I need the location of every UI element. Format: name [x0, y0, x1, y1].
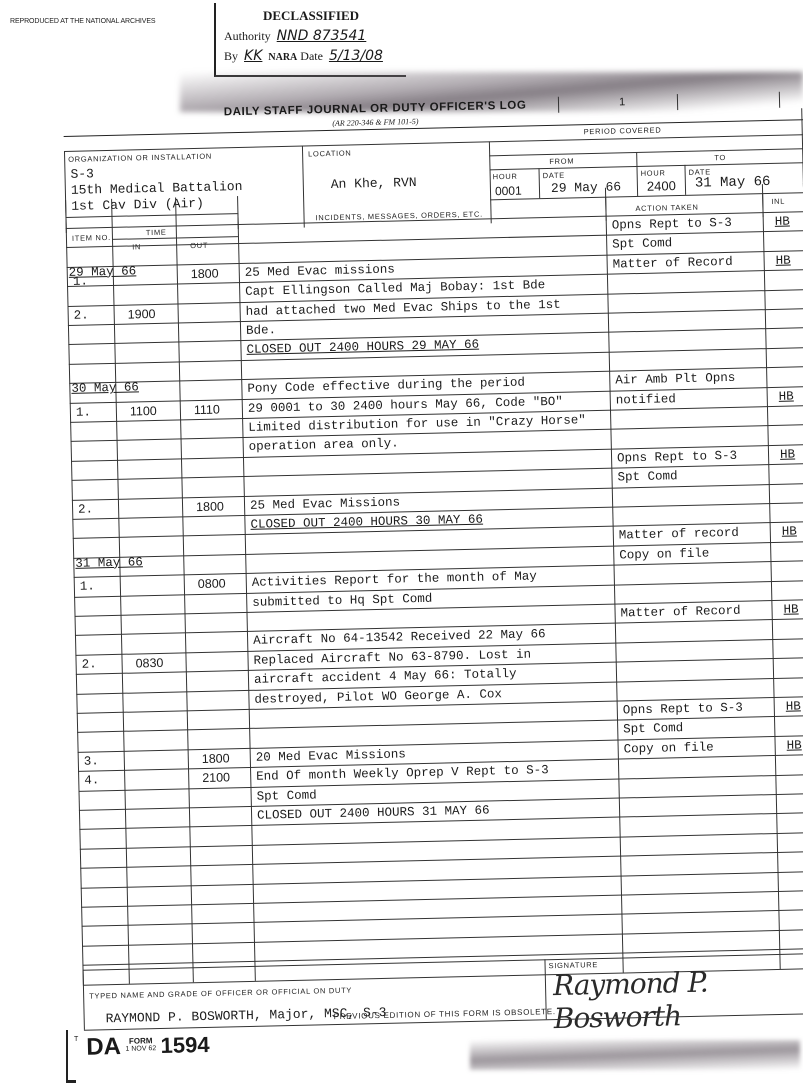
org-line-3: 1st Cav Div (Air): [71, 196, 204, 214]
entry-item: 3.: [84, 754, 99, 768]
from-date: 29 May 66: [551, 179, 622, 196]
org-line-2: 15th Medical Battalion: [71, 179, 243, 198]
authority-value: NND 873541: [277, 28, 367, 44]
entry-date: 30 May 66: [71, 381, 139, 397]
margin-mark: T: [74, 1036, 78, 1043]
form-da: DA: [86, 1033, 121, 1061]
entry-inl: HB: [782, 525, 797, 539]
entry-item: 2.: [74, 308, 89, 322]
org-line-1: S-3: [70, 166, 94, 182]
duty-officer-log-form: 1 DAILY STAFF JOURNAL OR DUTY OFFICER'S …: [63, 91, 803, 1038]
form-date: 1 NOV 62: [125, 1045, 156, 1054]
from-date-label: DATE: [543, 171, 565, 181]
entry-action: Matter of Record: [613, 255, 733, 272]
entry-in: 0830: [135, 656, 163, 671]
page-number: 1: [619, 96, 625, 108]
entry-inl: HB: [775, 253, 790, 267]
date-value: 5/13/08: [329, 48, 383, 64]
entry-text: submitted to Hq Spt Comd: [252, 591, 432, 609]
to-label: TO: [714, 153, 726, 162]
declass-title: DECLASSIFIED: [216, 8, 406, 24]
entry-text: operation area only.: [249, 437, 399, 454]
from-hour-label: HOUR: [493, 172, 518, 182]
entry-action: Copy on file: [624, 740, 714, 756]
entry-item: 2.: [81, 657, 96, 671]
entry-text: 20 Med Evac Missions: [256, 747, 406, 764]
typed-name-label: TYPED NAME AND GRADE OF OFFICER OR OFFIC…: [89, 986, 352, 1001]
entry-date: 31 May 66: [75, 555, 143, 571]
declassification-stamp: DECLASSIFIED Authority NND 873541 By KK …: [214, 3, 406, 77]
by-value: KK: [244, 48, 262, 64]
entry-inl: HB: [783, 602, 798, 616]
to-hour: 2400: [647, 178, 676, 194]
entry-out: 0800: [198, 577, 226, 592]
nara-label: NARA: [268, 52, 297, 63]
officer-signature: Raymond P. Bosworth: [553, 963, 803, 1035]
scan-shadow-bottom: [470, 1040, 800, 1070]
entry-action: Spt Comd: [623, 721, 683, 736]
log-grid: Opns Rept to S-3HBSpt Comd29 May 661.180…: [66, 211, 803, 984]
entry-inl: HB: [786, 738, 801, 752]
by-label: By: [224, 49, 238, 63]
form-number-block: DA FORM 1 NOV 62 1594: [86, 1031, 210, 1062]
entry-action: Opns Rept to S-3: [617, 449, 737, 466]
entry-action: Matter of Record: [620, 604, 740, 621]
entry-inl: HB: [779, 389, 794, 403]
entry-action: Spt Comd: [612, 237, 672, 252]
entry-out: 1800: [196, 499, 224, 514]
entry-item: 2.: [78, 502, 93, 516]
entry-item: 4.: [84, 774, 99, 788]
entry-out: 1110: [194, 402, 220, 417]
entry-inl: HB: [780, 447, 795, 461]
entry-out: 1800: [202, 751, 230, 766]
entry-in: 1100: [130, 404, 157, 419]
action-taken-label: ACTION TAKEN: [635, 203, 698, 213]
entry-action: Copy on file: [619, 546, 709, 562]
to-hour-label: HOUR: [641, 168, 666, 178]
entry-action: Matter of record: [619, 526, 739, 543]
period-covered-label: PERIOD COVERED: [584, 125, 662, 136]
to-date: 31 May 66: [695, 174, 771, 192]
declass-by: By KK NARA Date 5/13/08: [224, 48, 406, 64]
date-label: Date: [300, 49, 323, 63]
entry-out: 1800: [191, 266, 219, 281]
entry-item: 1.: [76, 405, 91, 419]
inl-label: INL: [771, 197, 785, 206]
entry-text: 25 Med Evac missions: [245, 262, 395, 279]
form-number: 1594: [160, 1032, 210, 1058]
location-label: LOCATION: [308, 148, 352, 158]
entry-action: Opns Rept to S-3: [623, 701, 743, 718]
from-label: FROM: [549, 156, 574, 166]
entry-inl: HB: [786, 699, 801, 713]
entry-action: Opns Rept to S-3: [612, 216, 732, 233]
entry-out: 2100: [202, 771, 230, 786]
entry-in: 1900: [128, 307, 156, 322]
organization-label: ORGANIZATION OR INSTALLATION: [68, 152, 212, 164]
from-hour: 0001: [495, 184, 522, 199]
entry-action: Air Amb Plt Opns: [615, 371, 735, 388]
entry-inl: HB: [775, 215, 790, 229]
authority-label: Authority: [224, 29, 271, 43]
entry-text: Spt Comd: [257, 788, 317, 803]
entry-action: Spt Comd: [617, 469, 677, 484]
declass-authority: Authority NND 873541: [224, 28, 406, 44]
entry-item: 1.: [80, 580, 95, 594]
archive-stamp: REPRODUCED AT THE NATIONAL ARCHIVES: [10, 18, 155, 25]
entry-action: notified: [616, 392, 676, 407]
location-value: An Khe, RVN: [331, 175, 417, 192]
entry-text: Bde.: [246, 323, 276, 338]
entry-text: 25 Med Evac Missions: [250, 495, 400, 512]
